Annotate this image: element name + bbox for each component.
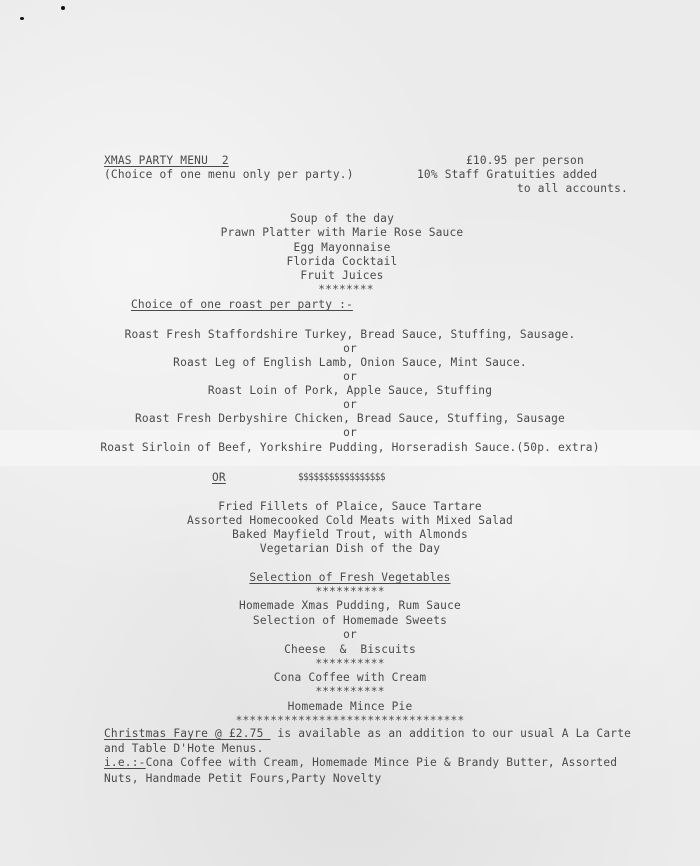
footer-line-1: Christmas Fayre @ £2.75 is available as … [104,727,631,741]
starter-item: Prawn Platter with Marie Rose Sauce [0,226,692,240]
separator: ********** [0,585,700,599]
alternative-item: Assorted Homecooked Cold Meats with Mixe… [0,514,700,528]
separator: ********** [0,657,700,671]
divider: $$$$$$$$$$$$$$$$$ [298,471,385,485]
long-separator: ********************************* [0,714,700,728]
footer-line-2: and Table D'Hote Menus. [104,742,264,756]
alternative-item: Fried Fillets of Plaice, Sauce Tartare [0,500,700,514]
scan-speck [20,17,24,20]
separator: ********** [0,685,700,699]
dessert-item: Selection of Homemade Sweets [0,614,700,628]
gratuity-note: 10% Staff Gratuities added [417,168,597,182]
roast-item: Roast Loin of Pork, Apple Sauce, Stuffin… [0,384,700,398]
vegetables-heading: Selection of Fresh Vegetables [0,571,700,585]
or-label: OR [212,471,226,485]
or-text: or [0,398,700,412]
dessert-item: Homemade Xmas Pudding, Rum Sauce [0,599,700,613]
footer-line-4: Nuts, Handmade Petit Fours,Party Novelty [104,772,381,786]
alternative-item: Baked Mayfield Trout, with Almonds [0,528,700,542]
roast-heading: Choice of one roast per party :- [131,298,353,312]
menu-subtitle: (Choice of one menu only per party.) [104,168,354,182]
starter-item: Egg Mayonnaise [0,241,692,255]
footer-text: Cona Coffee with Cream, Homemade Mince P… [146,756,618,769]
menu-title: XMAS PARTY MENU 2 [104,154,229,168]
starter-item: Florida Cocktail [0,255,692,269]
or-text: or [0,426,700,440]
christmas-fayre-label: Christmas Fayre @ £2.75 [104,727,270,740]
mince-pie-item: Homemade Mince Pie [0,700,700,714]
footer-text: is available as an addition to our usual… [270,727,631,740]
or-text: or [0,628,700,642]
ie-label: i.e.:- [104,756,146,769]
cheese-item: Cheese & Biscuits [0,643,700,657]
or-text: or [0,370,700,384]
starter-item: Soup of the day [0,212,692,226]
separator: ******** [0,283,696,297]
starter-item: Fruit Juices [0,269,692,283]
roast-item: Roast Leg of English Lamb, Onion Sauce, … [0,356,700,370]
roast-item: Roast Sirloin of Beef, Yorkshire Pudding… [0,441,700,455]
roast-item: Roast Fresh Derbyshire Chicken, Bread Sa… [0,412,700,426]
coffee-item: Cona Coffee with Cream [0,671,700,685]
or-text: or [0,342,700,356]
alternative-item: Vegetarian Dish of the Day [0,542,700,556]
gratuity-note-cont: to all accounts. [517,182,628,196]
roast-item: Roast Fresh Staffordshire Turkey, Bread … [0,328,700,342]
scan-speck [61,6,65,10]
price-per-person: £10.95 per person [466,154,584,168]
footer-line-3: i.e.:-Cona Coffee with Cream, Homemade M… [104,756,617,770]
